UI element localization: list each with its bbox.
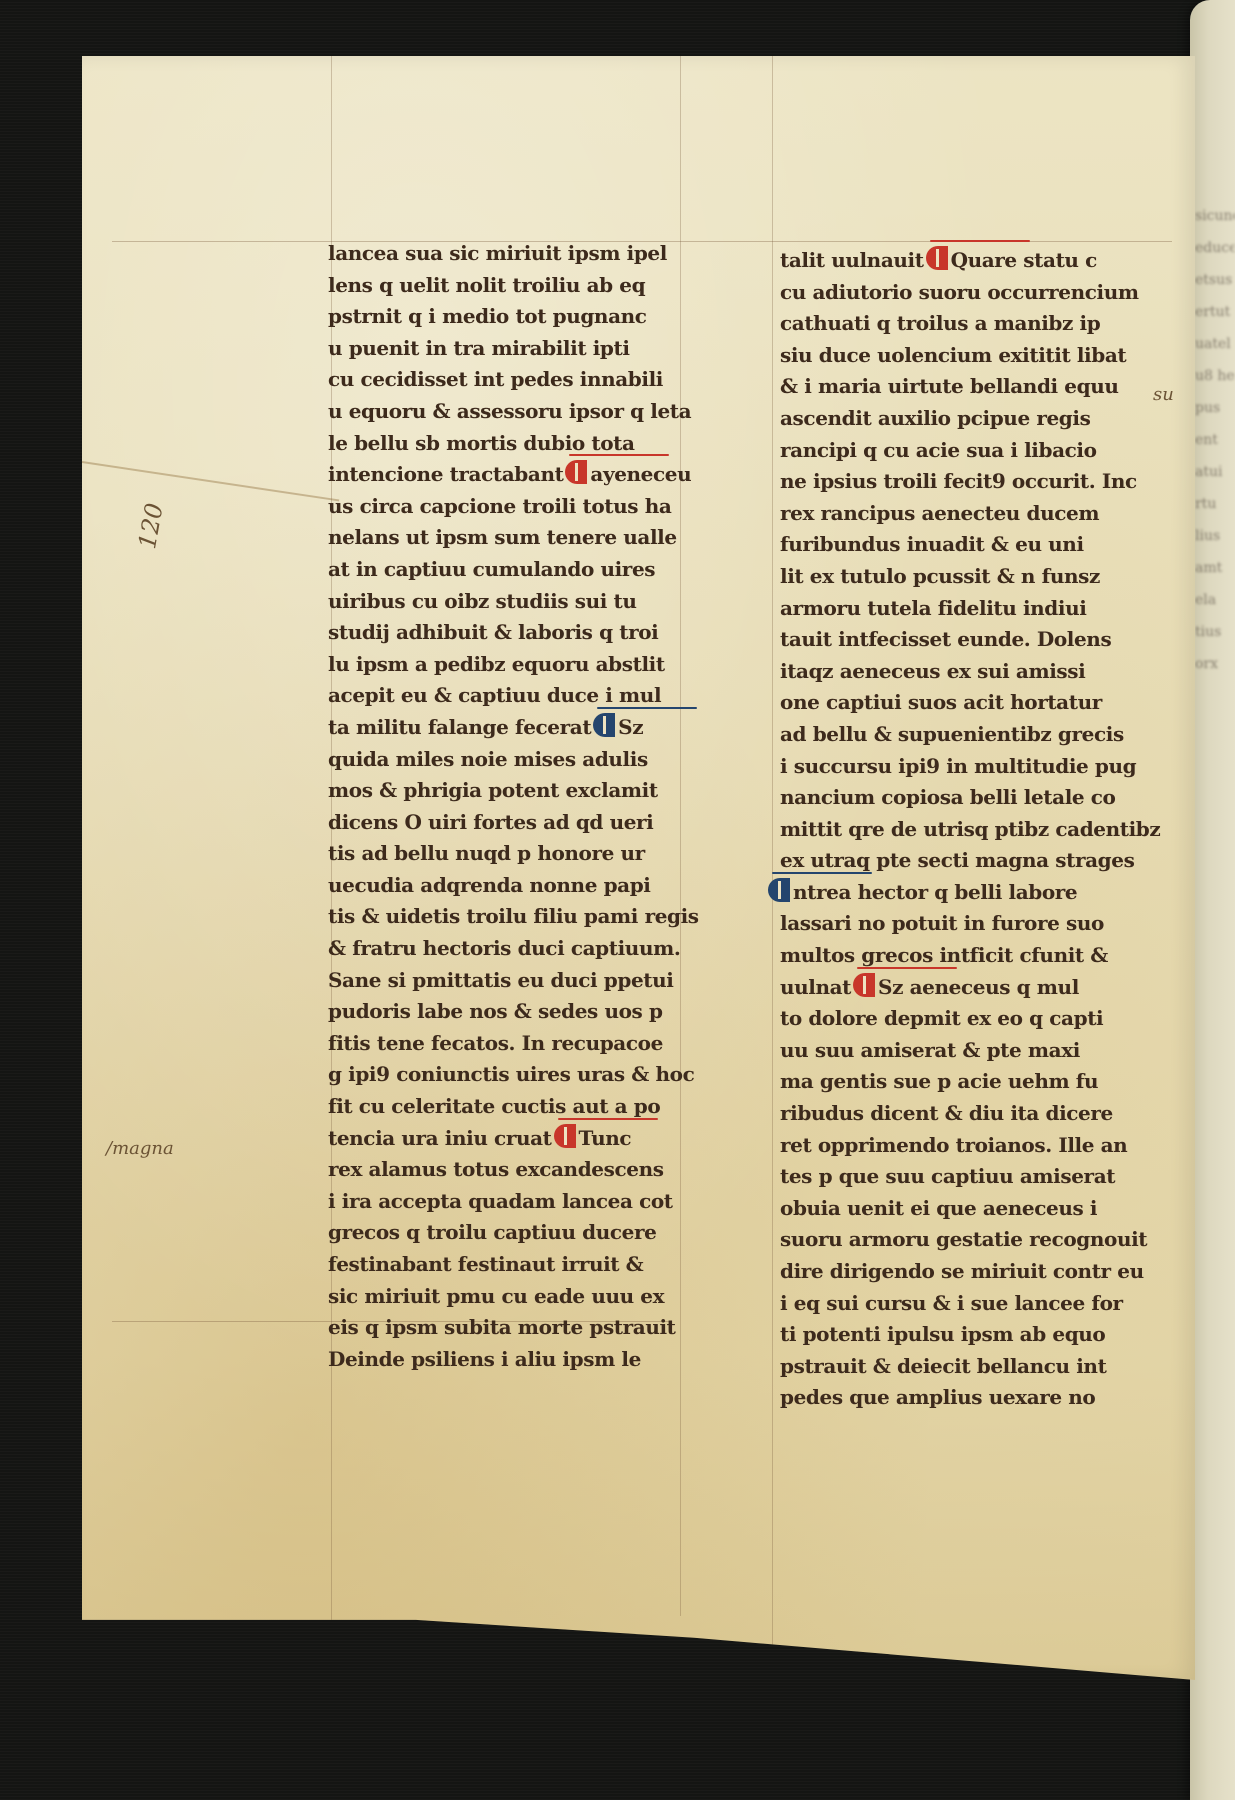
manuscript-line: lit ex tutulo pcussit & n funsz <box>780 561 1180 593</box>
text-column-left: lancea sua sic miriuit ipsm ipellens q u… <box>328 238 708 1375</box>
manuscript-line: tes p que suu captiuu amiserat <box>780 1161 1180 1193</box>
line-text: cu cecidisset int pedes innabili <box>328 367 663 391</box>
manuscript-line: g ipi9 coniunctis uires uras & hoc <box>328 1059 708 1091</box>
line-text: tencia ura iniu cruat <box>328 1126 552 1150</box>
line-text: Tunc <box>579 1126 632 1150</box>
manuscript-line: tis ad bellu nuqd p honore ur <box>328 838 708 870</box>
manuscript-line: obuia uenit ei que aeneceus i <box>780 1193 1180 1225</box>
line-text: & i maria uirtute bellandi equu <box>780 374 1118 398</box>
manuscript-line: lens q uelit nolit troiliu ab eq <box>328 270 708 302</box>
manuscript-line: multos grecos intficit cfunit & <box>780 940 1180 972</box>
line-text: studij adhibuit & laboris q troi <box>328 620 658 644</box>
line-text: Quare statu c <box>951 248 1097 272</box>
manuscript-line: sic miriuit pmu cu eade uuu ex <box>328 1281 708 1313</box>
line-text: lassari no potuit in furore suo <box>780 911 1104 935</box>
manuscript-line: ad bellu & supuenientibz grecis <box>780 719 1180 751</box>
line-text: u puenit in tra mirabilit ipti <box>328 336 630 360</box>
manuscript-line: at in captiuu cumulando uires <box>328 554 708 586</box>
line-text: ribudus dicent & diu ita dicere <box>780 1101 1113 1125</box>
line-text: Deinde psiliens i aliu ipsm le <box>328 1347 641 1371</box>
line-text: rex alamus totus excandescens <box>328 1157 664 1181</box>
line-text: cathuati q troilus a manibz ip <box>780 311 1100 335</box>
manuscript-line: intencione tractabantayeneceu <box>328 459 708 491</box>
line-text: ayeneceu <box>590 462 691 486</box>
line-text: lu ipsm a pedibz equoru abstlit <box>328 652 665 676</box>
manuscript-line: rex alamus totus excandescens <box>328 1154 708 1186</box>
line-text: Sz <box>618 715 643 739</box>
manuscript-line: dicens O uiri fortes ad qd ueri <box>328 807 708 839</box>
manuscript-line: ntrea hector q belli labore <box>766 877 1180 909</box>
manuscript-line: cu cecidisset int pedes innabili <box>328 364 708 396</box>
line-text: fitis tene fecatos. In recupacoe <box>328 1031 663 1055</box>
manuscript-line: pudoris labe nos & sedes uos p <box>328 996 708 1028</box>
manuscript-line: pstrauit & deiecit bellancu int <box>780 1351 1180 1383</box>
line-text: ad bellu & supuenientibz grecis <box>780 722 1124 746</box>
line-text: ti potenti ipulsu ipsm ab equo <box>780 1322 1105 1346</box>
manuscript-line: lu ipsm a pedibz equoru abstlit <box>328 649 708 681</box>
line-text: cu adiutorio suoru occurrencium <box>780 280 1139 304</box>
line-text: rancipi q cu acie sua i libacio <box>780 438 1097 462</box>
line-text: multos grecos intficit cfunit & <box>780 943 1108 967</box>
line-text: grecos q troilu captiuu ducere <box>328 1220 656 1244</box>
line-text: pstrauit & deiecit bellancu int <box>780 1354 1106 1378</box>
manuscript-line: ribudus dicent & diu ita dicere <box>780 1098 1180 1130</box>
manuscript-line: Deinde psiliens i aliu ipsm le <box>328 1344 708 1376</box>
line-text: pudoris labe nos & sedes uos p <box>328 999 663 1023</box>
line-text: dire dirigendo se miriuit contr eu <box>780 1259 1144 1283</box>
line-text: ex utraq pte secti magna strages <box>780 848 1134 872</box>
manuscript-line: uiribus cu oibz studiis sui tu <box>328 586 708 618</box>
manuscript-line: Sane si pmittatis eu duci ppetui <box>328 965 708 997</box>
line-text: u equoru & assessoru ipsor q leta <box>328 399 691 423</box>
manuscript-line: i ira accepta quadam lancea cot <box>328 1186 708 1218</box>
line-text: ascendit auxilio pcipue regis <box>780 406 1090 430</box>
manuscript-line: pstrnit q i medio tot pugnanc <box>328 301 708 333</box>
manuscript-line: ascendit auxilio pcipue regis <box>780 403 1180 435</box>
line-text: ne ipsius troili fecit9 occurit. Inc <box>780 469 1137 493</box>
line-text: uu suu amiserat & pte maxi <box>780 1038 1080 1062</box>
manuscript-line: siu duce uolencium exititit libat <box>780 340 1180 372</box>
manuscript-line: lassari no potuit in furore suo <box>780 908 1180 940</box>
manuscript-line: fitis tene fecatos. In recupacoe <box>328 1028 708 1060</box>
manuscript-line: ti potenti ipulsu ipsm ab equo <box>780 1319 1180 1351</box>
manuscript-line: furibundus inuadit & eu uni <box>780 529 1180 561</box>
manuscript-line: mittit qre de utrisq ptibz cadentibz <box>780 814 1180 846</box>
line-text: acepit eu & captiuu duce i mul <box>328 683 661 707</box>
manuscript-line: us circa capcione troili totus ha <box>328 491 708 523</box>
manuscript-line: cathuati q troilus a manibz ip <box>780 308 1180 340</box>
line-text: ma gentis sue p acie uehm fu <box>780 1069 1098 1093</box>
line-text: tes p que suu captiuu amiserat <box>780 1164 1115 1188</box>
manuscript-line: armoru tutela fidelitu indiui <box>780 593 1180 625</box>
line-text: pstrnit q i medio tot pugnanc <box>328 304 647 328</box>
line-text: le bellu sb mortis dubio tota <box>328 431 635 455</box>
manuscript-line: i eq sui cursu & i sue lancee for <box>780 1288 1180 1320</box>
line-text: i succursu ipi9 in multitudie pug <box>780 754 1136 778</box>
line-text: nelans ut ipsm sum tenere ualle <box>328 525 677 549</box>
manuscript-line: studij adhibuit & laboris q troi <box>328 617 708 649</box>
red-initial-paraph <box>853 973 875 997</box>
line-text: mittit qre de utrisq ptibz cadentibz <box>780 817 1160 841</box>
line-text: tis ad bellu nuqd p honore ur <box>328 841 645 865</box>
line-text: fit cu celeritate cuctis aut a po <box>328 1094 660 1118</box>
line-text: rex rancipus aenecteu ducem <box>780 501 1099 525</box>
line-text: armoru tutela fidelitu indiui <box>780 596 1086 620</box>
line-text: i eq sui cursu & i sue lancee for <box>780 1291 1123 1315</box>
manuscript-line: quida miles noie mises adulis <box>328 744 708 776</box>
manuscript-line: talit uulnauitQuare statu c <box>780 245 1180 277</box>
line-text: aeneceus q mul <box>910 975 1079 999</box>
line-text: uulnat <box>780 975 851 999</box>
manuscript-line: mos & phrigia potent exclamit <box>328 775 708 807</box>
manuscript-line: & i maria uirtute bellandi equu <box>780 371 1180 403</box>
line-text: suoru armoru gestatie recognouit <box>780 1227 1147 1251</box>
red-initial-paraph <box>554 1124 576 1148</box>
marginal-note-left: /magna <box>106 1138 174 1159</box>
line-text: us circa capcione troili totus ha <box>328 494 671 518</box>
line-text: ret opprimendo troianos. Ille an <box>780 1133 1127 1157</box>
line-text: Sz <box>878 975 903 999</box>
manuscript-line: lancea sua sic miriuit ipsm ipel <box>328 238 708 270</box>
line-text: Sane si pmittatis eu duci ppetui <box>328 968 673 992</box>
manuscript-line: uecudia adqrenda nonne papi <box>328 870 708 902</box>
line-text: & fratru hectoris duci captiuum. <box>328 936 680 960</box>
manuscript-line: one captiui suos acit hortatur <box>780 687 1180 719</box>
manuscript-line: rex rancipus aenecteu ducem <box>780 498 1180 530</box>
line-text: to dolore depmit ex eo q capti <box>780 1006 1103 1030</box>
line-text: lit ex tutulo pcussit & n funsz <box>780 564 1100 588</box>
blue-initial-paraph <box>768 878 790 902</box>
line-text: uecudia adqrenda nonne papi <box>328 873 651 897</box>
manuscript-line: dire dirigendo se miriuit contr eu <box>780 1256 1180 1288</box>
manuscript-line: grecos q troilu captiuu ducere <box>328 1217 708 1249</box>
blue-initial-paraph <box>593 713 615 737</box>
manuscript-line: tis & uidetis troilu filiu pami regis <box>328 901 708 933</box>
line-text: uiribus cu oibz studiis sui tu <box>328 589 637 613</box>
manuscript-line: nelans ut ipsm sum tenere ualle <box>328 522 708 554</box>
line-text: furibundus inuadit & eu uni <box>780 532 1084 556</box>
manuscript-line: uulnatSz aeneceus q mul <box>780 972 1180 1004</box>
manuscript-line: to dolore depmit ex eo q capti <box>780 1003 1180 1035</box>
line-text: pedes que amplius uexare no <box>780 1385 1095 1409</box>
line-text: lancea sua sic miriuit ipsm ipel <box>328 241 667 265</box>
manuscript-line: u equoru & assessoru ipsor q leta <box>328 396 708 428</box>
manuscript-line: uu suu amiserat & pte maxi <box>780 1035 1180 1067</box>
manuscript-line: tauit intfecisset eunde. Dolens <box>780 624 1180 656</box>
line-text: dicens O uiri fortes ad qd ueri <box>328 810 653 834</box>
line-text: intencione tractabant <box>328 462 563 486</box>
line-text: tis & uidetis troilu filiu pami regis <box>328 904 699 928</box>
manuscript-line: eis q ipsm subita morte pstrauit <box>328 1312 708 1344</box>
line-text: quida miles noie mises adulis <box>328 747 648 771</box>
line-text: eis q ipsm subita morte pstrauit <box>328 1315 676 1339</box>
manuscript-line: tencia ura iniu cruatTunc <box>328 1123 708 1155</box>
manuscript-line: pedes que amplius uexare no <box>780 1382 1180 1414</box>
line-text: lens q uelit nolit troiliu ab eq <box>328 273 645 297</box>
manuscript-line: ma gentis sue p acie uehm fu <box>780 1066 1180 1098</box>
text-column-right: talit uulnauitQuare statu ccu adiutorio … <box>780 245 1180 1414</box>
manuscript-line: festinabant festinaut irruit & <box>328 1249 708 1281</box>
red-initial-paraph <box>926 246 948 270</box>
line-text: ta militu falange fecerat <box>328 715 591 739</box>
manuscript-line: nancium copiosa belli letale co <box>780 782 1180 814</box>
line-text: ntrea hector q belli labore <box>793 880 1077 904</box>
manuscript-line: suoru armoru gestatie recognouit <box>780 1224 1180 1256</box>
manuscript-line: ret opprimendo troianos. Ille an <box>780 1130 1180 1162</box>
line-text: i ira accepta quadam lancea cot <box>328 1189 673 1213</box>
line-text: one captiui suos acit hortatur <box>780 690 1102 714</box>
line-text: at in captiuu cumulando uires <box>328 557 655 581</box>
manuscript-line: itaqz aeneceus ex sui amissi <box>780 656 1180 688</box>
line-text: siu duce uolencium exititit libat <box>780 343 1126 367</box>
line-text: mos & phrigia potent exclamit <box>328 778 658 802</box>
folio-number: 120 <box>133 501 169 551</box>
manuscript-line: i succursu ipi9 in multitudie pug <box>780 751 1180 783</box>
manuscript-line: & fratru hectoris duci captiuum. <box>328 933 708 965</box>
manuscript-line: ne ipsius troili fecit9 occurit. Inc <box>780 466 1180 498</box>
line-text: obuia uenit ei que aeneceus i <box>780 1196 1097 1220</box>
manuscript-line: u puenit in tra mirabilit ipti <box>328 333 708 365</box>
line-text: talit uulnauit <box>780 248 924 272</box>
red-initial-paraph <box>565 460 587 484</box>
manuscript-line: cu adiutorio suoru occurrencium <box>780 277 1180 309</box>
line-text: nancium copiosa belli letale co <box>780 785 1116 809</box>
line-text: sic miriuit pmu cu eade uuu ex <box>328 1284 664 1308</box>
manuscript-line: rancipi q cu acie sua i libacio <box>780 435 1180 467</box>
line-text: tauit intfecisset eunde. Dolens <box>780 627 1111 651</box>
line-text: itaqz aeneceus ex sui amissi <box>780 659 1085 683</box>
line-text: g ipi9 coniunctis uires uras & hoc <box>328 1062 694 1086</box>
manuscript-line: ta militu falange feceratSz <box>328 712 708 744</box>
line-text: festinabant festinaut irruit & <box>328 1252 643 1276</box>
